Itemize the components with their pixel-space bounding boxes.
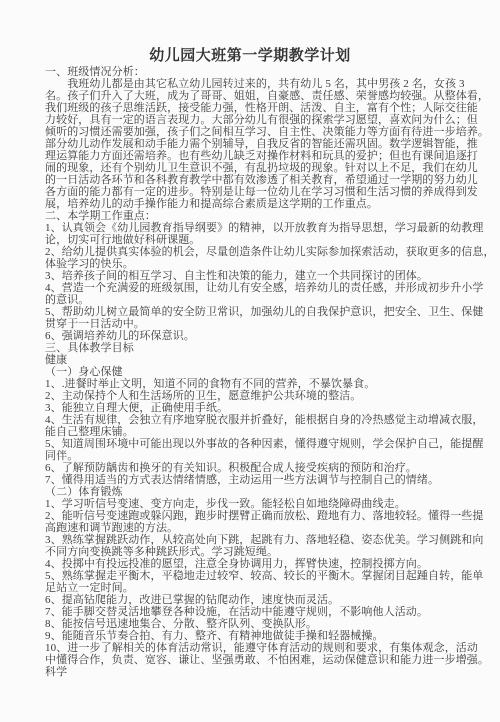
text-line: 10、进一步了解相关的体育活动常识，能遵守体育活动的规则和要求，有集体观念，活动 <box>45 642 491 654</box>
text-line: （二）体育锻炼 <box>45 486 491 498</box>
text-line: 贯穿于一日活动中。 <box>45 318 491 330</box>
text-line: 名。孩子们升入了大班，成为了哥哥、姐姐，自豪感、责任感、荣誉感均较强。从整体看， <box>45 90 491 102</box>
text-line: 中懂得合作，负责、宽容、谦让、坚强勇敢、不怕困难，运动保健意识和能力进一步增强。 <box>45 654 491 666</box>
text-line: 倾听的习惯还需要加强，孩子们之间相互学习、自主性、决策能力等方面有待进一步培养。 <box>45 126 491 138</box>
text-line: 健康 <box>45 354 491 366</box>
text-line: 9、能随音乐节奏合拍、有力、整齐、有精神地做徒手操和轻器械操。 <box>45 630 491 642</box>
text-line: 1、.进餐时举止文明，知道不同的食物有不同的营养，不暴饮暴食。 <box>45 378 491 390</box>
text-line: 5、知道周围环境中可能出现以外事故的各种因素，懂得遵守规则，学会保护自己，能提醒 <box>45 438 491 450</box>
document-body: 一、班级情况分析： 我班幼儿都是由其它私立幼儿园转过来的，共有幼儿 5 名，其中… <box>45 66 491 678</box>
text-line: 6、提高钻爬能力，改进已掌握的钻爬动作，速度快而灵活。 <box>45 594 491 606</box>
text-line: （一）身心保健 <box>45 366 491 378</box>
text-line: 4、投掷中有投远投准的愿望，注意全身协调用力，挥臂快速，控制投掷方向。 <box>45 558 491 570</box>
text-line: 8、能按信号迅速地集合、分散、整齐队列、变换队形。 <box>45 618 491 630</box>
text-line: 2、给幼儿提供真实体验的机会，尽量创造条件让幼儿实际参加探索活动，获取更多的信息… <box>45 246 491 258</box>
text-line: 论，切实可行地做好科研课题。 <box>45 234 491 246</box>
text-line: 各方面的能力都有一定的进步。特别是让每一位幼儿在学习习惯和生活习惯的养成得到发 <box>45 186 491 198</box>
text-line: 6、强调培养幼儿的环保意识。 <box>45 330 491 342</box>
text-line: 一、班级情况分析： <box>45 66 491 78</box>
text-line: 4、营造一个充满爱的班级氛围，让幼儿有安全感，培养幼儿的责任感，并形成初步升小学 <box>45 282 491 294</box>
text-line: 1、学习听信号变速、变方向走，步伐一致。能轻松自如地绕障碍曲线走。 <box>45 498 491 510</box>
document-page: 幼儿园大班第一学期教学计划 一、班级情况分析： 我班幼儿都是由其它私立幼儿园转过… <box>0 0 500 722</box>
text-line: 部分幼儿动作发展和动手能力需个别辅导，自我反省的智能还需巩固。数学逻辑智能，推 <box>45 138 491 150</box>
text-line: 同伴。 <box>45 450 491 462</box>
text-line: 5、熟练掌握走平衡木，平稳地走过较窄、较高、较长的平衡木。掌握闭目起踵自转，能单 <box>45 570 491 582</box>
text-line: 我班幼儿都是由其它私立幼儿园转过来的，共有幼儿 5 名，其中男孩 2 名，女孩 … <box>45 78 491 90</box>
text-line: 展，培养幼儿的动手操作能力和提高综合素质是这学期的工作重点。 <box>45 198 491 210</box>
text-line: 三、具体教学目标 <box>45 342 491 354</box>
text-line: 的意识。 <box>45 294 491 306</box>
text-line: 2、能听信号变速跑或躲闪跑，跑步时摆臂正确而放松、蹬地有力、落地较轻。懂得一些提 <box>45 510 491 522</box>
text-line: 体验学习的快乐。 <box>45 258 491 270</box>
text-line: 高跑速和调节跑速的方法。 <box>45 522 491 534</box>
text-line: 2、主动保持个人和生活场所的卫生，愿意维护公共环境的整洁。 <box>45 390 491 402</box>
text-line: 6、了解预防龋齿和换牙的有关知识。积极配合成人接受疾病的预防和治疗。 <box>45 462 491 474</box>
text-line: 闹的现象，还有个别幼儿卫生意识不强，有乱扔垃圾的现象。针对以上不足，我们在幼儿 <box>45 162 491 174</box>
document-title: 幼儿园大班第一学期教学计划 <box>0 44 500 65</box>
text-line: 3、培养孩子间的相互学习、自主性和决策的能力，建立一个共同探讨的团体。 <box>45 270 491 282</box>
text-line: 不同方向变换跳等多种跳跃形式。学习跳短绳。 <box>45 546 491 558</box>
text-line: 1、认真领会《幼儿园教育指导纲要》的精神，以开放教育为指导思想，学习最新的幼教理 <box>45 222 491 234</box>
text-line: 我们班级的孩子思维活跃，接受能力强，性格开朗、活泼、自主，富有个性；人际交往能 <box>45 102 491 114</box>
text-line: 二、本学期工作重点： <box>45 210 491 222</box>
text-line: 的一日活动各环节和各科教育教学中都有效渗透了相关教育，希望通过一学期的努力幼儿 <box>45 174 491 186</box>
text-line: 4、生活有规律，会独立有序地穿脱衣服并折叠好，能根据自身的冷热感觉主动增减衣服， <box>45 414 491 426</box>
text-line: 科学 <box>45 666 491 678</box>
text-line: 3、熟练掌握跳跃动作，从较高处向下跳，起跳有力、落地轻稳、姿态优美。学习侧跳和向 <box>45 534 491 546</box>
text-line: 理运算能力方面还需培养。也有些幼儿缺乏对操作材料和玩具的爱护；但也有课间追逐打 <box>45 150 491 162</box>
text-line: 7、懂得用适当的方式表达情绪情感，主动运用一些方法调节与控制自己的情绪。 <box>45 474 491 486</box>
text-line: 力较好，具有一定的语言表现力。大部分幼儿有很强的探索学习愿望，喜欢问为什么；但 <box>45 114 491 126</box>
text-line: 7、能手脚交替灵活地攀登各种设施，在活动中能遵守规则，不影响他人活动。 <box>45 606 491 618</box>
text-line: 能自己整理床铺。 <box>45 426 491 438</box>
text-line: 3、能独立自理大便，正确使用手纸。 <box>45 402 491 414</box>
text-line: 足站立一定时间。 <box>45 582 491 594</box>
text-line: 5、帮助幼儿树立最简单的安全防卫常识，加强幼儿的自我保护意识，把安全、卫生、保健 <box>45 306 491 318</box>
